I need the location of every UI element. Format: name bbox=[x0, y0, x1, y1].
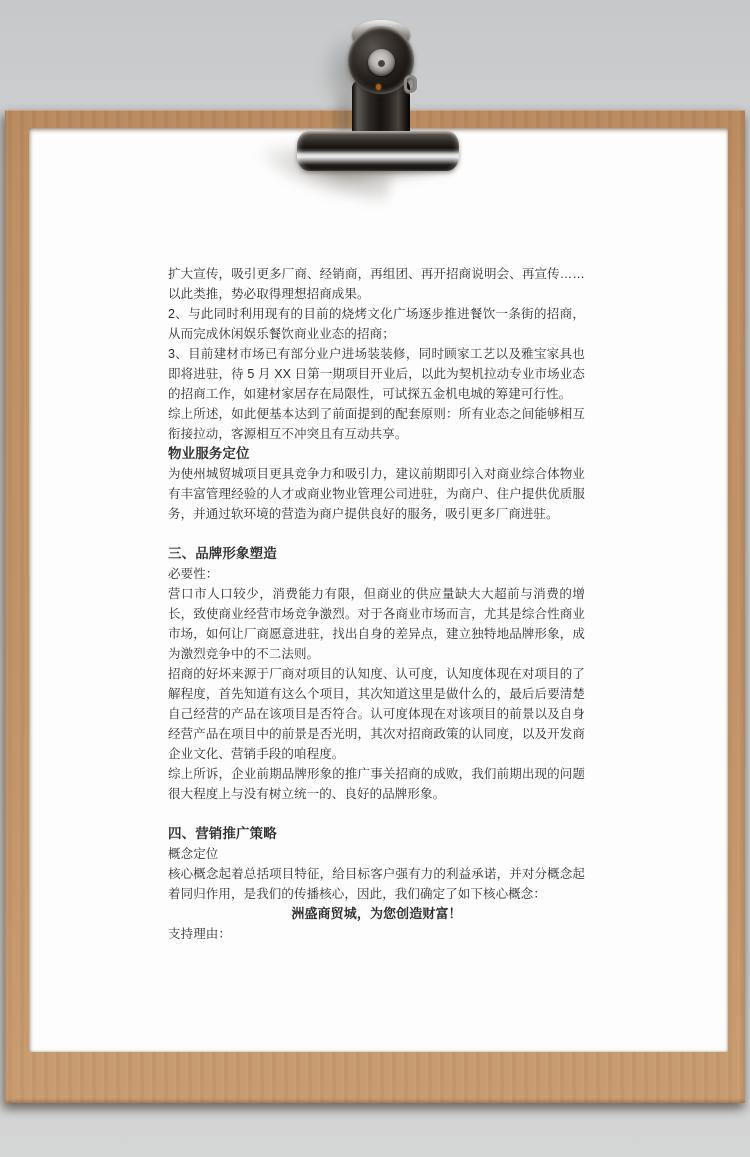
blank-line bbox=[168, 524, 585, 544]
slogan-line: 洲盛商贸城，为您创造财富！ bbox=[168, 904, 585, 924]
section-heading: 三、品牌形象塑造 bbox=[168, 544, 585, 564]
clip-lever bbox=[404, 75, 417, 93]
body-paragraph: 综上所述，如此便基本达到了前面提到的配套原则：所有业态之间能够相互衔接拉动，客源… bbox=[168, 404, 585, 444]
blank-line bbox=[168, 804, 585, 824]
clip-glint bbox=[376, 84, 381, 90]
body-paragraph: 综上所诉，企业前期品牌形象的推广事关招商的成败，我们前期出现的问题很大程度上与没… bbox=[168, 764, 585, 804]
body-paragraph: 必要性： bbox=[168, 564, 585, 584]
section-heading: 物业服务定位 bbox=[168, 444, 585, 464]
body-paragraph: 概念定位 bbox=[168, 844, 585, 864]
body-paragraph: 为使州城贸城项目更具竞争力和吸引力，建议前期即引入对商业综合体物业有丰富管理经验… bbox=[168, 464, 585, 524]
body-paragraph: 3、目前建材市场已有部分业户进场装装修，同时顾家工艺以及雅宝家具也即将进驻，待 … bbox=[168, 344, 585, 404]
body-paragraph: 招商的好坏来源于厂商对项目的认知度、认可度，认知度体现在对项目的了解程度，首先知… bbox=[168, 664, 585, 764]
body-paragraph: 营口市人口较少，消费能力有限，但商业的供应量缺大大超前与消费的增长，致使商业经营… bbox=[168, 584, 585, 664]
section-heading: 四、营销推广策略 bbox=[168, 824, 585, 844]
body-paragraph: 核心概念起着总括项目特征，给目标客户强有力的利益承诺，并对分概念起着同归作用，是… bbox=[168, 864, 585, 904]
body-paragraph: 支持理由： bbox=[168, 924, 585, 944]
body-paragraph: 扩大宣传，吸引更多厂商、经销商，再组团、再开招商说明会、再宣传……以此类推，势必… bbox=[168, 264, 585, 304]
body-paragraph: 2、与此同时利用现有的目前的烧烤文化广场逐步推进餐饮一条街的招商，从而完成休闲娱… bbox=[168, 304, 585, 344]
clip-bar bbox=[297, 131, 459, 171]
scene-background: 扩大宣传，吸引更多厂商、经销商，再组团、再开招商说明会、再宣传……以此类推，势必… bbox=[0, 0, 750, 1157]
document-body: 扩大宣传，吸引更多厂商、经销商，再组团、再开招商说明会、再宣传……以此类推，势必… bbox=[168, 264, 585, 944]
paper-sheet: 扩大宣传，吸引更多厂商、经销商，再组团、再开招商说明会、再宣传……以此类推，势必… bbox=[29, 128, 728, 1052]
clip-hole-dot bbox=[378, 60, 385, 67]
